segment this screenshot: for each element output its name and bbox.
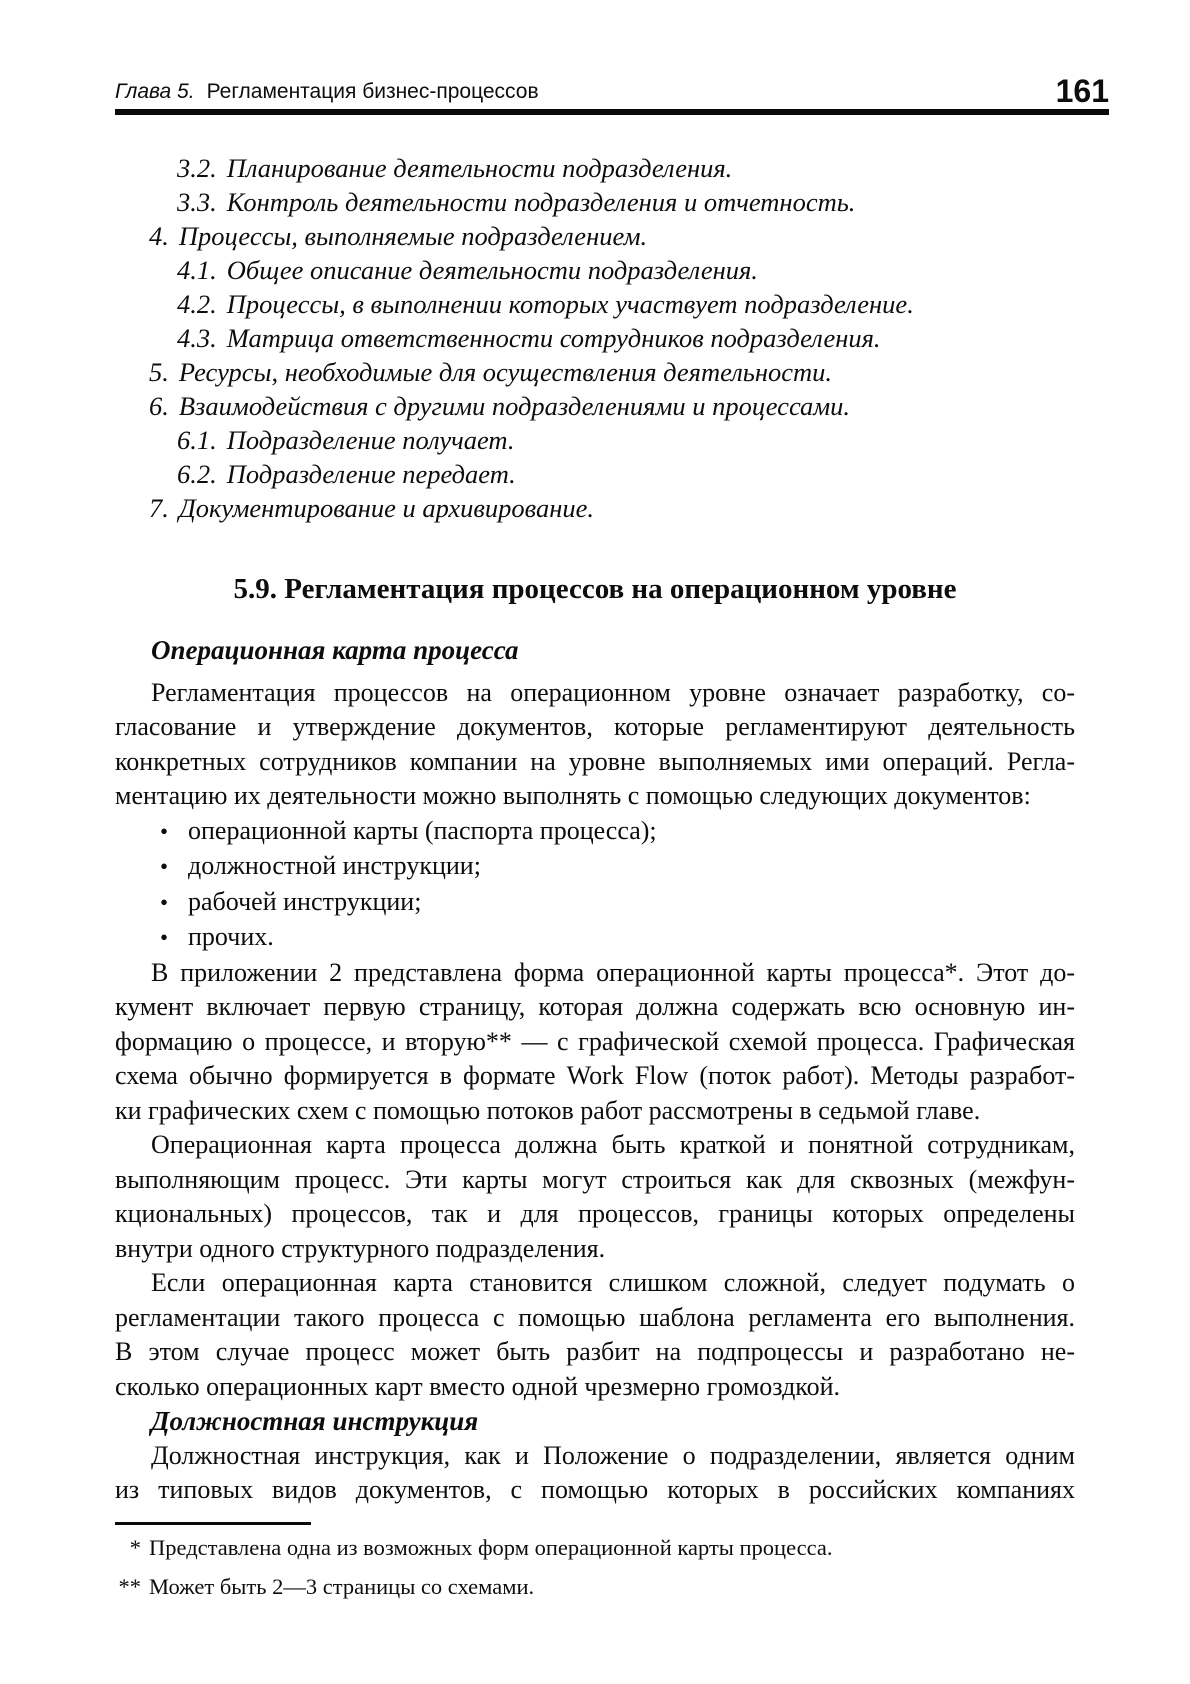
bullet-icon: • (160, 815, 188, 850)
outline-item: 4.2.Процессы, в выполнении которых участ… (115, 287, 1075, 321)
footnote-list: *Представлена одна из возможных форм опе… (115, 1532, 1190, 1603)
section-heading: 5.9. Регламентация процессов на операцио… (115, 571, 1075, 607)
bullet-text: прочих. (188, 922, 274, 951)
text-line: внутри одного структурного подразделения… (115, 1232, 1075, 1267)
bullet-item: •должностной инструкции; (115, 849, 1075, 885)
bullet-item: •прочих. (115, 920, 1075, 956)
bullet-list: •операционной карты (паспорта процесса);… (115, 814, 1075, 956)
outline-item: 6.2.Подразделение передает. (115, 457, 1075, 491)
bullet-icon: • (160, 850, 188, 885)
outline-item-number: 3.2. (177, 153, 217, 183)
bullet-text: должностной инструкции; (188, 851, 481, 880)
outline-item-text: Процессы, в выполнении которых участвует… (227, 289, 914, 319)
outline-item-text: Подразделение получает. (227, 425, 515, 455)
text-line: формацию о процессе, и вторую** — с граф… (115, 1025, 1075, 1060)
text-line: кциональных) процессов, так и для процес… (115, 1197, 1075, 1232)
text-line: сколько операционных карт вместо одной ч… (115, 1370, 1075, 1405)
outline-item-text: Матрица ответственности сотрудников подр… (227, 323, 881, 353)
bullet-icon: • (160, 921, 188, 956)
text-line: Операционная карта процесса должна быть … (115, 1128, 1075, 1163)
outline-item-number: 5. (149, 357, 169, 387)
text-line: регламентации такого процесса с помощью … (115, 1301, 1075, 1336)
page-header: Глава 5.Регламентация бизнес-процессов 1… (115, 78, 1109, 115)
outline-item-text: Контроль деятельности подразделения и от… (227, 187, 856, 217)
bullet-item: •рабочей инструкции; (115, 885, 1075, 921)
footnote-block: *Представлена одна из возможных форм опе… (115, 1522, 1190, 1603)
bullet-icon: • (160, 886, 188, 921)
outline-item-text: Ресурсы, необходимые для осуществления д… (179, 357, 832, 387)
text-line: Регламентация процессов на операционном … (115, 676, 1075, 711)
outline-item: 4.3.Матрица ответственности сотрудников … (115, 321, 1075, 355)
subheading-job-description: Должностная инструкция (151, 1404, 1190, 1439)
outline-list: 3.2.Планирование деятельности подразделе… (115, 151, 1075, 525)
bullet-item: •операционной карты (паспорта процесса); (115, 814, 1075, 850)
subheading-operational-card: Операционная карта процесса (151, 633, 1190, 668)
footnote: **Может быть 2—3 страницы со схемами. (115, 1571, 1075, 1603)
page-number: 161 (1056, 78, 1109, 104)
outline-item-number: 3.3. (177, 187, 217, 217)
paragraph-4: Если операционная карта становится слишк… (115, 1266, 1075, 1404)
text-line: кумент включает первую страницу, которая… (115, 990, 1075, 1025)
footnote-marker: * (115, 1532, 149, 1564)
outline-item-number: 4.3. (177, 323, 217, 353)
outline-item-number: 7. (149, 493, 169, 523)
chapter-title: Регламентация бизнес-процессов (207, 80, 539, 103)
text-line: из типовых видов документов, с помощью к… (115, 1473, 1075, 1508)
outline-item: 4.Процессы, выполняемые подразделением. (115, 219, 1075, 253)
outline-item: 7.Документирование и архивирование. (115, 491, 1075, 525)
footnote-separator (115, 1522, 311, 1525)
text-line: Если операционная карта становится слишк… (115, 1266, 1075, 1301)
outline-item: 4.1.Общее описание деятельности подразде… (115, 253, 1075, 287)
text-line: Должностная инструкция, как и Положение … (115, 1439, 1075, 1474)
text-line: ки графических схем с помощью потоков ра… (115, 1094, 1075, 1129)
footnote: *Представлена одна из возможных форм опе… (115, 1532, 1075, 1564)
paragraph-3: Операционная карта процесса должна быть … (115, 1128, 1075, 1266)
outline-item-text: Документирование и архивирование. (179, 493, 594, 523)
text-line: ментацию их деятельности можно выполнять… (115, 779, 1075, 814)
outline-item: 6.Взаимодействия с другими подразделения… (115, 389, 1075, 423)
outline-item: 3.3.Контроль деятельности подразделения … (115, 185, 1075, 219)
footnote-text: Представлена одна из возможных форм опер… (149, 1532, 833, 1564)
outline-item-number: 4.1. (177, 255, 217, 285)
outline-item-number: 4.2. (177, 289, 217, 319)
text-line: гласование и утверждение документов, кот… (115, 710, 1075, 745)
outline-item-text: Планирование деятельности подразделения. (227, 153, 733, 183)
running-title: Глава 5.Регламентация бизнес-процессов (115, 80, 539, 104)
outline-item-number: 6.1. (177, 425, 217, 455)
paragraph-2: В приложении 2 представлена форма операц… (115, 956, 1075, 1129)
outline-item: 6.1.Подразделение получает. (115, 423, 1075, 457)
outline-item-text: Общее описание деятельности подразделени… (227, 255, 758, 285)
chapter-label: Глава 5. (115, 80, 195, 103)
outline-item-number: 6. (149, 391, 169, 421)
text-line: выполняющим процесс. Эти карты могут стр… (115, 1163, 1075, 1198)
footnote-text: Может быть 2—3 страницы со схемами. (149, 1571, 534, 1603)
outline-item-number: 6.2. (177, 459, 217, 489)
paragraph-5: Должностная инструкция, как и Положение … (115, 1439, 1075, 1508)
outline-item: 5.Ресурсы, необходимые для осуществления… (115, 355, 1075, 389)
outline-item-text: Подразделение передает. (227, 459, 516, 489)
paragraph-1: Регламентация процессов на операционном … (115, 676, 1075, 814)
text-line: конкретных сотрудников компании на уровн… (115, 745, 1075, 780)
outline-item-text: Взаимодействия с другими подразделениями… (179, 391, 850, 421)
outline-item: 3.2.Планирование деятельности подразделе… (115, 151, 1075, 185)
outline-item-text: Процессы, выполняемые подразделением. (179, 221, 647, 251)
outline-item-number: 4. (149, 221, 169, 251)
footnote-marker: ** (115, 1571, 149, 1603)
book-page: Глава 5.Регламентация бизнес-процессов 1… (0, 0, 1190, 1684)
bullet-text: рабочей инструкции; (188, 887, 421, 916)
text-line: схема обычно формируется в формате Work … (115, 1059, 1075, 1094)
text-line: В этом случае процесс может быть разбит … (115, 1335, 1075, 1370)
bullet-text: операционной карты (паспорта процесса); (188, 816, 657, 845)
text-line: В приложении 2 представлена форма операц… (115, 956, 1075, 991)
